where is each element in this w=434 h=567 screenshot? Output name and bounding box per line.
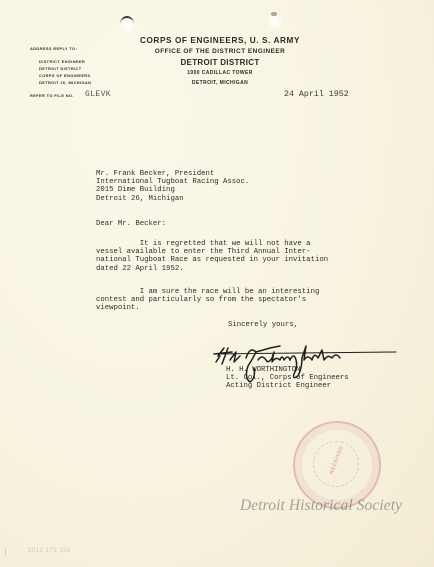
- reply-address-line: DETROIT DISTRICT: [39, 67, 82, 71]
- watermark: Detroit Historical Society: [240, 497, 402, 515]
- letterhead-district: DETROIT DISTRICT: [130, 58, 310, 67]
- letter-date: 24 April 1952: [284, 91, 349, 99]
- letterhead-office: OFFICE OF THE DISTRICT ENGINEER: [130, 48, 310, 55]
- reply-address-line: DISTRICT ENGINEER: [39, 60, 85, 64]
- inside-address: Mr. Frank Becker, President Internationa…: [96, 170, 249, 203]
- punch-hole-left: [120, 16, 134, 32]
- letter-page: CORPS OF ENGINEERS, U. S. ARMY OFFICE OF…: [0, 0, 434, 567]
- signature-block: H. H. WORTHINGTON Lt. Col., Corps of Eng…: [226, 366, 349, 391]
- reply-address-line: DETROIT 26, MICHIGAN: [39, 81, 91, 85]
- body-paragraph-1: It is regretted that we will not have a …: [96, 240, 328, 273]
- accession-number: 2012.173.156: [28, 548, 71, 554]
- received-stamp: RECEIVED: [293, 421, 381, 509]
- edge-mark: [5, 548, 6, 555]
- letterhead-organization: CORPS OF ENGINEERS, U. S. ARMY: [130, 36, 310, 45]
- letterhead-street: 1900 CADILLAC TOWER: [130, 70, 310, 76]
- closing: Sincerely yours,: [228, 321, 298, 329]
- letterhead-city: DETROIT, MICHIGAN: [130, 80, 310, 86]
- salutation: Dear Mr. Becker:: [96, 220, 166, 228]
- body-paragraph-2: I am sure the race will be an interestin…: [96, 288, 319, 313]
- reply-address-line: CORPS OF ENGINEERS: [39, 74, 91, 78]
- refer-file-label: REFER TO FILE NO.: [30, 94, 74, 98]
- file-number: GLEVK: [85, 91, 111, 99]
- punch-hole-right: [268, 14, 282, 28]
- reply-label: ADDRESS REPLY TO:: [30, 47, 77, 51]
